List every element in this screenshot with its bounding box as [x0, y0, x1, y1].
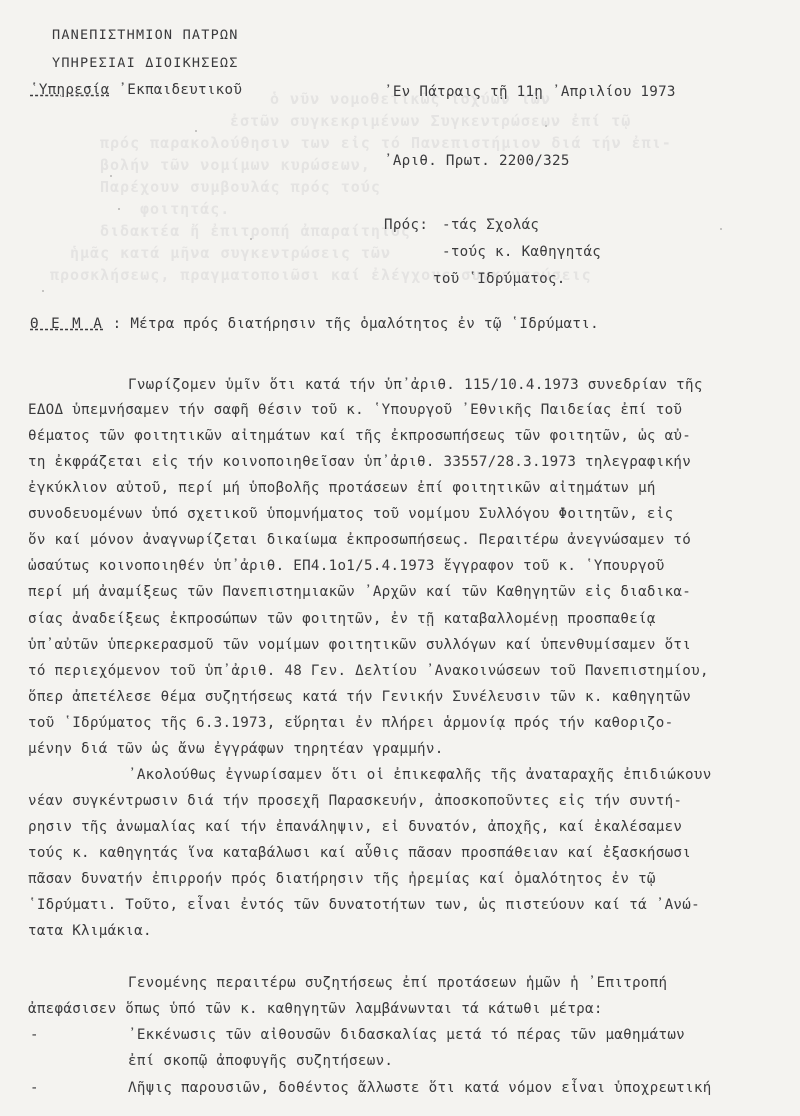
body-line: ῾Ιδρύματι. Τοῦτο, εἶναι ἐντός τῶν δυνατο… — [28, 897, 700, 913]
body-line: ΕΔΟΔ ὑπεμνήσαμεν τήν σαφῆ θέσιν τοῦ κ. ῾… — [28, 402, 682, 418]
body-line: ὅπερ ἀπετέλεσε θέμα συζητήσεως κατά τήν … — [28, 689, 691, 705]
body-line: πᾶσαν δυνατήν ἐπιρροήν πρός διατήρησιν τ… — [28, 871, 656, 887]
protocol-number: ᾿Αριθ. Πρωτ. 2200/325 — [384, 153, 570, 169]
list-bullet: - — [30, 1080, 38, 1096]
body-line: ἐγκύκλιον αὐτοῦ, περί μή ὑποβολῆς προτάσ… — [28, 480, 656, 496]
list-bullet: - — [30, 1027, 38, 1043]
service-name: ᾿Εκπαιδευτικοῦ — [118, 82, 242, 98]
document-page: ὁ νῦν νομοθετικῶς ἰσχύων τῶν ἐστῶν συγκε… — [0, 0, 800, 1116]
body-line: τό περιεχόμενον τοῦ ὑπ᾿ἀριθ. 48 Γεν. Δελ… — [28, 663, 709, 679]
paper-speck — [720, 228, 722, 230]
body-line: τατα Κλιμάκια. — [28, 923, 152, 939]
body-line: ρησιν τῆς ἀνωμαλίας καί τήν ἐπανάληψιν, … — [28, 819, 682, 835]
body-line: ὅν καί μόνον ἀναγνωρίζεται δικαίωμα ἐκπρ… — [28, 532, 691, 548]
measure-line: ἐπί σκοπῷ ἀποφυγῆς συζητήσεων. — [128, 1053, 393, 1069]
body-line: Γνωρίζομεν ὑμῖν ὅτι κατά τήν ὑπ᾿ἀριθ. 11… — [128, 377, 703, 393]
paper-speck — [195, 130, 197, 132]
body-line: ὑπ᾿αὐτῶν ὑπερκερασμοῦ τῶν νομίμων φοιτητ… — [28, 637, 691, 653]
paper-speck — [545, 125, 547, 127]
bleed-through-text: ὁ νῦν νομοθετικῶς ἰσχύων τῶν ἐστῶν συγκε… — [90, 88, 790, 286]
recipients-label: Πρός: — [384, 217, 428, 233]
department-name: ΥΠΗΡΕΣΙΑΙ ΔΙΟΙΚΗΣΕΩΣ — [52, 55, 239, 71]
body-line: τούς κ. καθηγητάς ἵνα καταβάλωσι καί αὖθ… — [28, 845, 691, 861]
subject-text: : Μέτρα πρός διατήρησιν τῆς ὁμαλότητος ἐ… — [113, 316, 599, 332]
recipient-line: τοῦ ῾Ιδρύματος. — [433, 271, 566, 287]
body-line: νέαν συγκέντρωσιν διά τήν προσεχῆ Παρασκ… — [28, 793, 682, 809]
body-line: τοῦ ῾Ιδρύματος τῆς 6.3.1973, εὕρηται ἐν … — [28, 715, 673, 731]
recipient-line: -τάς Σχολάς — [442, 217, 539, 233]
body-line: συνοδευομένων ὑπό σχετικοῦ ὑπομνήματος τ… — [28, 506, 673, 522]
institution-name: ΠΑΝΕΠΙΣΤΗΜΙΟΝ ΠΑΤΡΩΝ — [52, 27, 239, 43]
body-line: μένην διά τῶν ὡς ἄνω ἐγγράφων τηρητέαν γ… — [28, 741, 444, 757]
body-line: ὡσαύτως κοινοποιηθέν ὑπ᾿ἀριθ. ΕΠ4.1ο1/5.… — [28, 558, 665, 574]
service-prefix: ῾Υπηρεσία — [30, 82, 110, 98]
body-line: τη ἐκφράζεται εἰς τήν κοινοποιηθεῖσαν ὑπ… — [28, 454, 691, 470]
paper-speck — [110, 175, 112, 177]
subject-label: Θ Ε Μ Α — [30, 316, 104, 332]
body-line: ᾿Ακολούθως ἐγνωρίσαμεν ὅτι οἱ ἐπικεφαλῆς… — [128, 767, 712, 783]
body-line: σίας ἀναδείξεως ἐκπροσώπων τῶν φοιτητῶν,… — [28, 611, 656, 627]
body-line: Γενομένης περαιτέρω συζητήσεως ἐπί προτά… — [128, 975, 667, 991]
paper-speck — [42, 290, 44, 292]
subject-line: Θ Ε Μ Α : Μέτρα πρός διατήρησιν τῆς ὁμαλ… — [30, 316, 599, 332]
recipient-line: -τούς κ. Καθηγητάς — [442, 244, 601, 260]
body-line: ἀπεφάσισεν ὅπως ὑπό τῶν κ. καθηγητῶν λαμ… — [28, 1001, 603, 1017]
paper-speck — [250, 238, 252, 240]
service-line: ῾Υπηρεσία ᾿Εκπαιδευτικοῦ — [30, 82, 242, 98]
paper-speck — [118, 208, 120, 210]
measure-line: ᾿Εκκένωσις τῶν αἰθουσῶν διδασκαλίας μετά… — [128, 1027, 685, 1043]
body-line: θέματος τῶν φοιτητικῶν αἰτημάτων καί τῆς… — [28, 428, 691, 444]
body-line: περί μή ἀναμίξεως τῶν Πανεπιστημιακῶν ᾿Α… — [28, 584, 691, 600]
place-date: ᾿Εν Πάτραις τῇ 11ῃ ᾿Απριλίου 1973 — [384, 84, 676, 100]
measure-line: Λῆψις παρουσιῶν, δοθέντος ἄλλωστε ὅτι κα… — [128, 1080, 712, 1096]
